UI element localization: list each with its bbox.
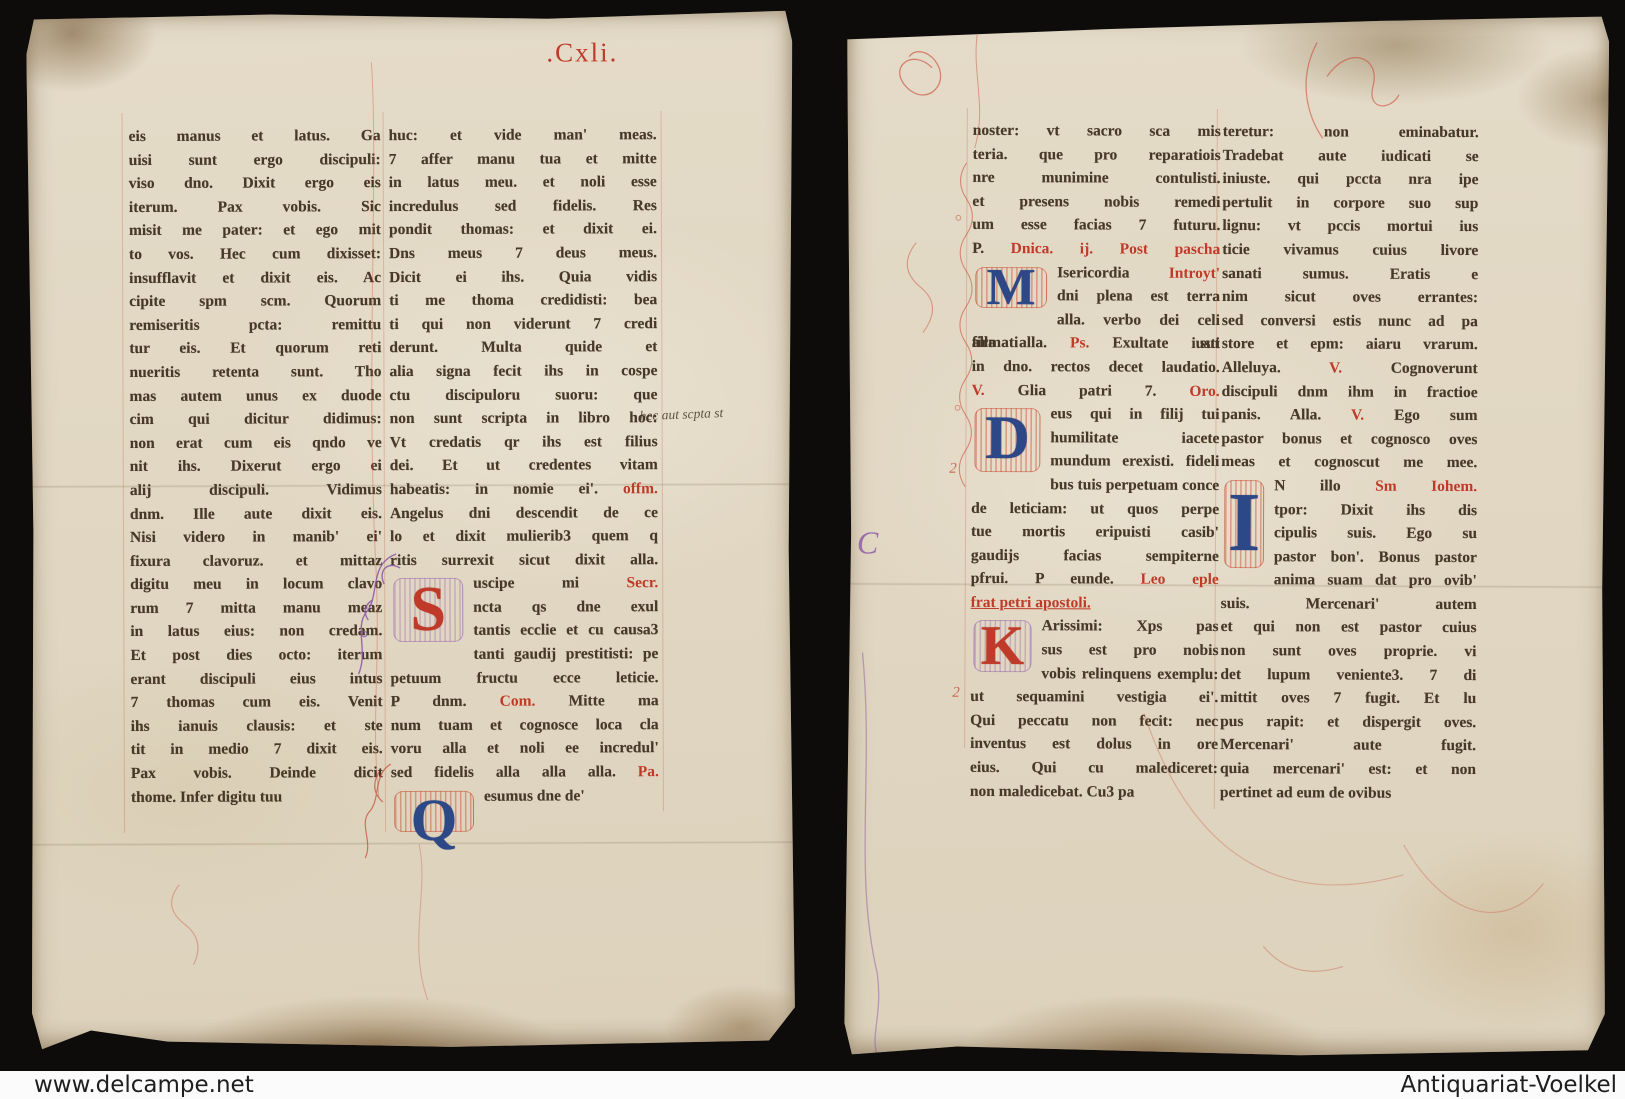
text-line: Dns meus 7 deus meus.	[389, 241, 657, 266]
text-line: nueritis retenta sunt. Tho	[129, 360, 381, 384]
watermark-delcampe: www.delcampe.net	[34, 1071, 254, 1099]
text-line: bus tuis perpetuam conce	[971, 473, 1219, 498]
text-line: digitu meu in locum clavo	[130, 572, 382, 596]
text-line: ihs ianuis clausis: et ste	[131, 714, 383, 738]
margin-mark: 2	[949, 461, 957, 478]
text-line: Qui peccatu non fecit: nec	[970, 709, 1218, 734]
text-line: iterum. Pax vobis. Sic	[129, 195, 381, 219]
text-line: alla alla. Ps. Exultate iusti	[972, 331, 1220, 356]
text-line: nim sicut oves errantes:	[1222, 285, 1478, 310]
text-line: huc: et vide man' meas.	[389, 123, 657, 148]
text-line: cim qui dicitur didimus:	[130, 407, 382, 431]
text-line: suis. Mercenari' autem	[1221, 592, 1477, 617]
folio-number: .Cxli.	[546, 37, 696, 69]
text-line: Tradebat aute iudicati se	[1223, 144, 1479, 169]
text-line: Pax vobis. Deinde dicit	[131, 761, 383, 785]
text-line: in latus eius: non credam.	[130, 620, 382, 644]
text-line: tanti gaudij prestitisti: pe	[390, 642, 658, 667]
margin-mark: 2	[952, 685, 960, 702]
text-line: alij discipuli. Vidimus	[130, 478, 382, 502]
text-line: frat petri apostoli.	[971, 591, 1219, 616]
marginal-letter: C	[857, 524, 879, 561]
text-line: dnm. Ille aute dixit eis.	[130, 502, 382, 526]
text-line: eius. Qui cu malediceret:	[970, 756, 1218, 781]
text-line: non maledicebat. Cu3 pa	[970, 780, 1218, 805]
text-line: pfrui. P eunde. Leo eple	[971, 567, 1219, 592]
text-line: um esse facias 7 futuru.	[972, 213, 1220, 238]
text-line: habeatis: in nomie ei'. offm.	[390, 477, 658, 502]
ruling-line	[661, 111, 664, 811]
ruling-line	[122, 113, 126, 833]
text-line: voru alla et noli ee incredul'	[391, 737, 659, 762]
illuminated-initial-D: D	[971, 405, 1043, 475]
text-line: non sunt scripta in libro hoc:	[390, 406, 658, 431]
text-line: ritis surrexit sicut dixit alla.	[390, 548, 658, 573]
text-line: tue mortis eripuisti casib'	[971, 520, 1219, 545]
text-line: lignu: vt pccis mortui ius	[1222, 214, 1478, 239]
text-column-4: teretur: non eminabatur.Tradebat aute iu…	[1220, 120, 1479, 805]
text-line: eis manus et latus. Ga	[129, 124, 381, 148]
text-line: de leticiam: ut quos perpe	[971, 496, 1219, 521]
text-line: tit in medio 7 dixit eis.	[131, 738, 383, 762]
text-line: sed fidelis alla alla alla. Pa.	[391, 760, 659, 785]
manuscript-photo: .Cxli. eis manus et latus. Gauisi sunt e…	[0, 0, 1625, 1099]
text-line: mas autem unus ex duode	[129, 384, 381, 408]
manuscript-leaf-right: noster: vt sacro sca misteria. que pro r…	[843, 12, 1610, 1057]
text-line: thome. Infer digitu tuu	[131, 785, 383, 809]
text-line: alia signa fecit ihs in cospe	[389, 359, 657, 384]
text-line: pertulit in corpore suo sup	[1222, 191, 1478, 216]
text-line: 7 thomas cum eis. Venit	[131, 690, 383, 714]
text-line: teretur: non eminabatur.	[1223, 120, 1479, 145]
text-column-3: noster: vt sacro sca misteria. que pro r…	[970, 119, 1221, 804]
text-line: fixura clavoruz. et mittaz	[130, 549, 382, 573]
text-line: inventus est dolus in ore	[970, 732, 1218, 757]
text-line: viso dno. Dixit ergo eis	[129, 171, 381, 195]
text-line: incredulus sed fidelis. Res	[389, 194, 657, 219]
text-line: mittit oves 7 fugit. Et lu	[1220, 686, 1476, 711]
text-line: dei. Et ut credentes vitam	[390, 453, 658, 478]
illuminated-initial-S: S	[390, 575, 466, 645]
text-line: ti qui non viderunt 7 credi	[389, 312, 657, 337]
text-line: erant discipuli eius intus	[130, 667, 382, 691]
text-line: Vt credatis qr ihs est filius	[390, 430, 658, 455]
text-line: in latus meu. et noli esse	[389, 170, 657, 195]
text-line: derunt. Multa quide et	[389, 335, 657, 360]
text-line: noster: vt sacro sca mis	[973, 119, 1221, 144]
text-line: in dno. rectos decet laudatio.	[972, 355, 1220, 380]
text-line: pus rapit: et dispergit oves.	[1220, 710, 1476, 735]
text-line: det lupum veniente3. 7 di	[1220, 663, 1476, 688]
text-line: non erat cum eis qndo ve	[130, 431, 382, 455]
text-line: Angelus dni descendit de ce	[390, 501, 658, 526]
watermark-strip: www.delcampe.net Antiquariat-Voelkel	[0, 1071, 1625, 1099]
text-line: teria. que pro reparatiois	[973, 142, 1221, 167]
text-line: nit ihs. Dixerut ergo ei	[130, 454, 382, 478]
text-line: pastor bonus et cognosco oves	[1221, 427, 1477, 452]
text-line: insufflavit et dixit eis. Ac	[129, 266, 381, 290]
text-line: panis. Alla. V. Ego sum	[1221, 403, 1477, 428]
illuminated-initial-I: I	[1221, 477, 1267, 571]
text-line: tur eis. Et quorum reti	[129, 336, 381, 360]
illuminated-initial-M: M	[972, 263, 1050, 310]
manuscript-leaf-left: .Cxli. eis manus et latus. Gauisi sunt e…	[26, 11, 796, 1050]
text-line: quia mercenari' est: et non	[1220, 757, 1476, 782]
text-line: gaudijs facias sempiterne	[971, 544, 1219, 569]
text-line: store et epm: aiaru vrarum.	[1222, 332, 1478, 357]
text-line: remiseritis pcta: remittu	[129, 313, 381, 337]
illuminated-initial-Q: Q	[391, 787, 477, 834]
text-line: ut sequamini vestigia ei'.	[970, 685, 1218, 710]
text-line: lo et dixit mulierib3 quem q	[390, 524, 658, 549]
text-line: sanati sumus. Eratis e	[1222, 262, 1478, 287]
text-line: iniuste. qui pccta nra ipe	[1223, 167, 1479, 192]
text-line: Nisi videro in manib' ei'	[130, 525, 382, 549]
text-line: Et post dies octo: iterum	[130, 643, 382, 667]
text-line: et presens nobis remedi	[972, 190, 1220, 215]
text-line: Mercenari' aute fugit.	[1220, 733, 1476, 758]
text-line: pondit thomas: et dixit ei.	[389, 218, 657, 243]
text-line: ti me thoma credidisti: bea	[389, 288, 657, 313]
text-line: P. Dnica. ij. Post pascha	[972, 237, 1220, 262]
text-line: non sunt oves proprie. vi	[1220, 639, 1476, 664]
ruling-line	[383, 112, 387, 832]
text-line: pertinet ad eum de ovibus	[1220, 781, 1476, 806]
text-line: Dicit ei ihs. Quia vidis	[389, 265, 657, 290]
text-line: uisi sunt ergo discipuli:	[129, 148, 381, 172]
watermark-antiquariat: Antiquariat-Voelkel	[1400, 1071, 1617, 1099]
text-line: et qui non est pastor cuius	[1221, 615, 1477, 640]
text-column-1: eis manus et latus. Gauisi sunt ergo dis…	[129, 124, 383, 809]
text-line: ticie vivamus cuius livore	[1222, 238, 1478, 263]
text-line: discipuli dnm ihm in fractioe	[1222, 380, 1478, 405]
text-line: Alleluya. V. Cognoverunt	[1222, 356, 1478, 381]
text-line: 7 affer manu tua et mitte	[389, 147, 657, 172]
text-line: rum 7 mitta manu meaz	[130, 596, 382, 620]
text-line: ctu discipuloru suoru: que	[389, 383, 657, 408]
text-line: to vos. Hec cum dixisset:	[129, 242, 381, 266]
text-line: misit me pater: et ego mit	[129, 218, 381, 242]
text-line: V. Glia patri 7. Oro.	[972, 378, 1220, 403]
illuminated-initial-K: K	[970, 617, 1034, 675]
text-line: anima suam dat pro ovib'	[1221, 568, 1477, 593]
text-line: meas et cognoscut me mee.	[1221, 450, 1477, 475]
marginal-correction: hec aut scpta st	[639, 402, 814, 425]
text-line: nre munimine contulisti.	[973, 166, 1221, 191]
text-line: P dnm. Com. Mitte ma	[391, 689, 659, 714]
text-column-2: huc: et vide man' meas.7 affer manu tua …	[389, 123, 659, 836]
text-line: num tuam et cognosce loca cla	[391, 713, 659, 738]
text-line: cipite spm scm. Quorum	[129, 289, 381, 313]
text-line: sed conversi estis nunc ad pa	[1222, 309, 1478, 334]
text-line: petuum fructu ecce leticie.	[390, 666, 658, 691]
ruling-line	[964, 108, 968, 748]
